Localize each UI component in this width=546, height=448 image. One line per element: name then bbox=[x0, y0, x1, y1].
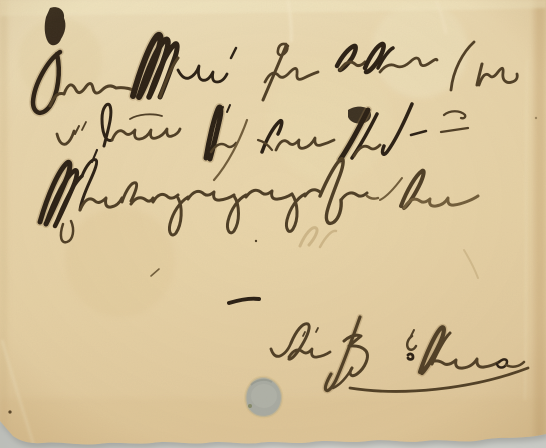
paper-texture bbox=[0, 0, 546, 448]
scan-image bbox=[0, 0, 546, 448]
paper-sheet bbox=[0, 0, 546, 448]
scanned-note: Dem Minister des Innern (?) u. Interim f… bbox=[0, 0, 546, 448]
